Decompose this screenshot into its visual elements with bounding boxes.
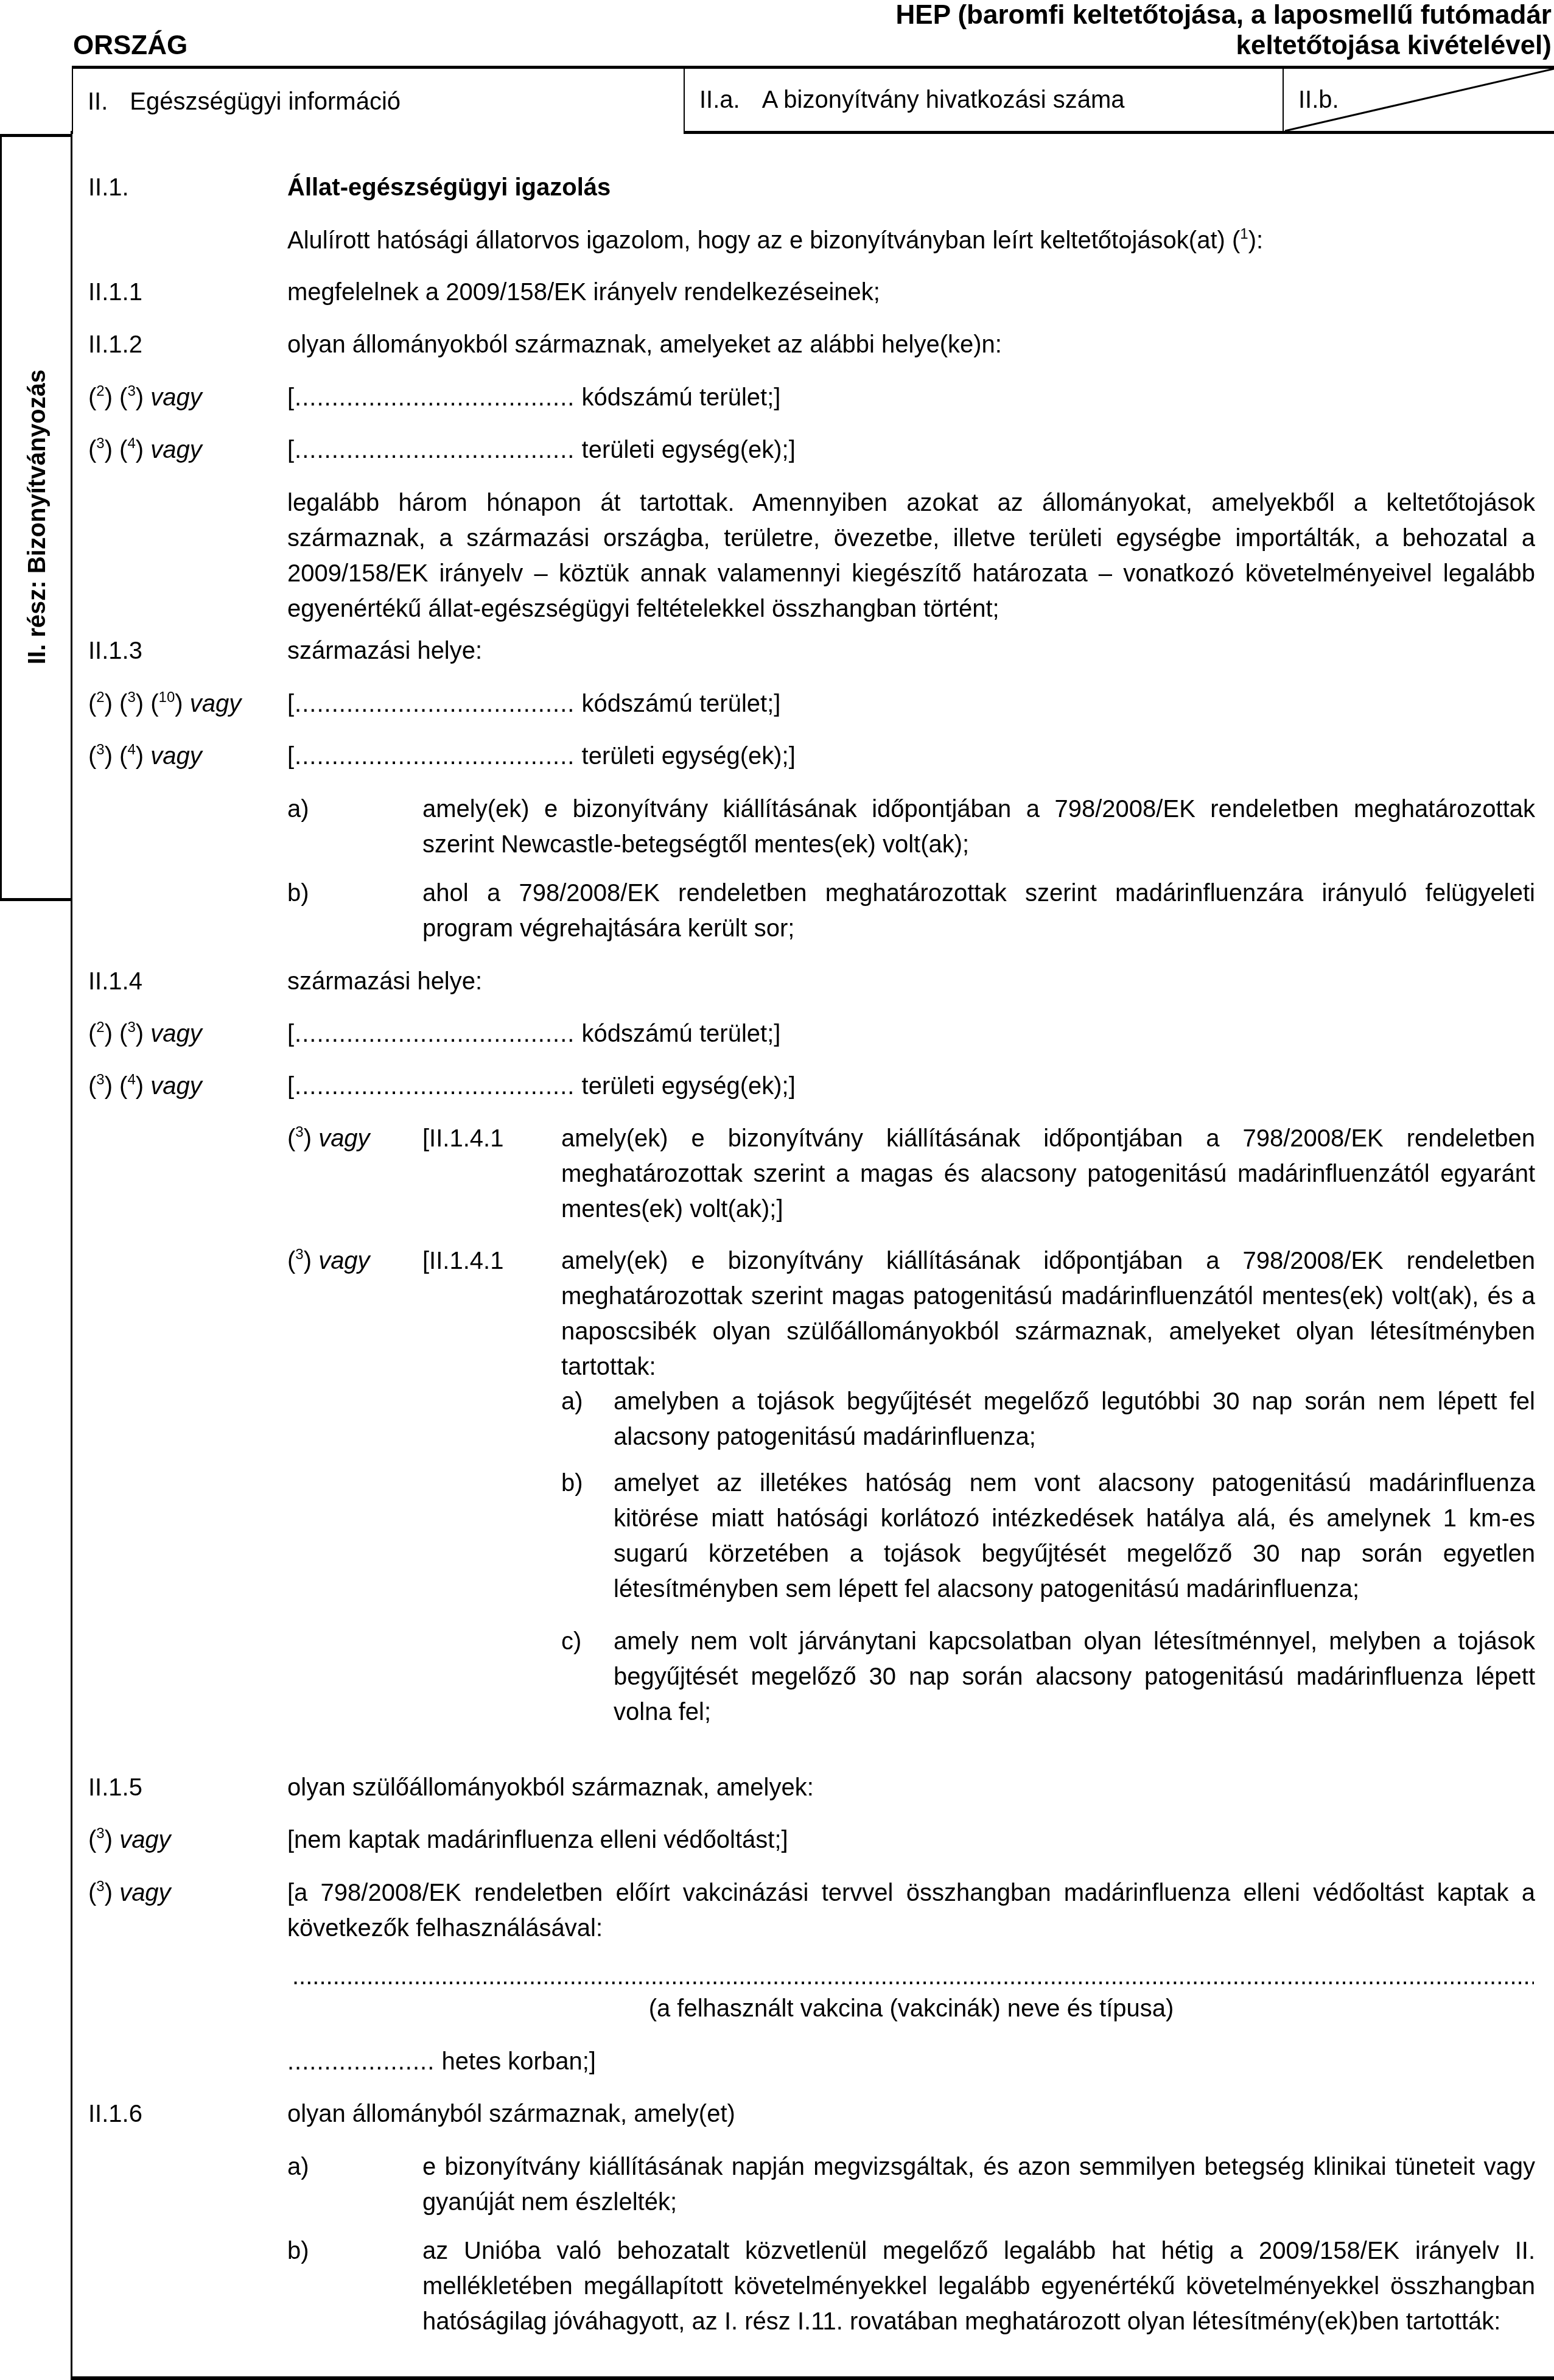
- clause-number: II.1.2: [88, 327, 142, 362]
- clause-reference: [II.1.4.1: [422, 1121, 503, 1156]
- clause-text: olyan állományokból származnak, amelyeke…: [287, 327, 1002, 362]
- clause-text: olyan szülőállományokból származnak, ame…: [287, 1770, 814, 1805]
- clause-followup-text: legalább három hónapon át tartottak. Ame…: [287, 485, 1535, 627]
- option-marker: (3) vagy: [88, 1822, 171, 1858]
- side-label-box: II. rész: Bizonyítványozás: [0, 134, 72, 901]
- clause-number: II.1.1: [88, 275, 142, 310]
- fill-in-field-vaccine-name[interactable]: ........................................…: [292, 1959, 1534, 1994]
- fill-in-field-age-weeks[interactable]: .................... hetes korban;]: [287, 2044, 596, 2079]
- option-marker: (2) (3) vagy: [88, 380, 202, 415]
- clause-text: származási helye:: [287, 633, 482, 669]
- intro-statement: Alulírott hatósági állatorvos igazolom, …: [287, 223, 1263, 258]
- section-number: II.1.: [88, 170, 129, 205]
- certificate-title: HEP (baromfi keltetőtojása, a laposmellű…: [821, 0, 1552, 61]
- fill-in-field-code-area[interactable]: [...................................... …: [287, 686, 780, 721]
- option-marker: (2) (3) vagy: [88, 1016, 202, 1051]
- item-letter: b): [287, 2233, 309, 2269]
- clause-text: származási helye:: [287, 964, 482, 999]
- item-text: amely nem volt járványtani kapcsolatban …: [614, 1624, 1535, 1730]
- clause-number: II.1.3: [88, 633, 142, 669]
- header-cell-health-info: II. Egészségügyi információ: [72, 69, 684, 134]
- item-text: ahol a 798/2008/EK rendeletben meghatáro…: [422, 876, 1535, 946]
- item-letter: b): [287, 876, 309, 911]
- item-letter: a): [287, 792, 309, 827]
- fill-in-field-code-area[interactable]: [...................................... …: [287, 380, 780, 415]
- fill-in-field-territorial-unit[interactable]: [...................................... …: [287, 432, 796, 468]
- item-text: amelyet az illetékes hatóság nem vont al…: [614, 1466, 1535, 1607]
- item-text: amely(ek) e bizonyítvány kiállításának i…: [422, 792, 1535, 862]
- option-marker: (3) (4) vagy: [88, 1069, 202, 1104]
- header-cell-number: II.a.: [699, 82, 740, 118]
- clause-number: II.1.6: [88, 2096, 142, 2132]
- header-cell-reference-number[interactable]: II.a. A bizonyítvány hivatkozási száma: [684, 69, 1283, 134]
- option-text: [nem kaptak madárinfluenza elleni védőol…: [287, 1822, 788, 1858]
- item-text: amelyben a tojások begyűjtését megelőző …: [614, 1384, 1535, 1455]
- header-cell-label: Egészségügyi információ: [130, 84, 401, 119]
- option-marker: (3) vagy: [287, 1121, 370, 1156]
- item-text: az Unióba való behozatalt közvetlenül me…: [422, 2233, 1535, 2339]
- clause-number: II.1.4: [88, 964, 142, 999]
- header-cell-label: A bizonyítvány hivatkozási száma: [762, 82, 1125, 118]
- section-title: Állat-egészségügyi igazolás: [287, 170, 611, 205]
- clause-reference: [II.1.4.1: [422, 1243, 503, 1279]
- option-marker: (3) (4) vagy: [88, 739, 202, 774]
- option-text: [a 798/2008/EK rendeletben előírt vakcin…: [287, 1875, 1535, 1946]
- fill-in-field-territorial-unit[interactable]: [...................................... …: [287, 1069, 796, 1104]
- header-table: II. Egészségügyi információ II.a. A bizo…: [72, 66, 1554, 134]
- item-letter: c): [561, 1624, 581, 1659]
- option-marker: (3) vagy: [287, 1243, 370, 1279]
- strike-diagonal-icon: [1284, 69, 1554, 131]
- clause-text: olyan állományból származnak, amely(et): [287, 2096, 735, 2132]
- field-caption: (a felhasznált vakcina (vakcinák) neve é…: [287, 1991, 1535, 2026]
- option-marker: (3) vagy: [88, 1875, 171, 1911]
- item-letter: a): [561, 1384, 583, 1419]
- fill-in-field-code-area[interactable]: [...................................... …: [287, 1016, 780, 1051]
- header-cell-number: II.: [88, 84, 108, 119]
- clause-text: megfelelnek a 2009/158/EK irányelv rende…: [287, 275, 880, 310]
- side-label: II. rész: Bizonyítványozás: [19, 370, 55, 665]
- alternative-text: amely(ek) e bizonyítvány kiállításának i…: [561, 1243, 1535, 1385]
- divider: [71, 2376, 1554, 2380]
- country-label: ORSZÁG: [73, 30, 187, 61]
- header-cell-iib: II.b.: [1283, 69, 1554, 134]
- option-marker: (2) (3) (10) vagy: [88, 686, 241, 721]
- item-text: e bizonyítvány kiállításának napján megv…: [422, 2149, 1535, 2220]
- clause-number: II.1.5: [88, 1770, 142, 1805]
- fill-in-field-territorial-unit[interactable]: [...................................... …: [287, 739, 796, 774]
- alternative-text: amely(ek) e bizonyítvány kiállításának i…: [561, 1121, 1535, 1227]
- item-letter: b): [561, 1466, 583, 1501]
- option-marker: (3) (4) vagy: [88, 432, 202, 468]
- item-letter: a): [287, 2149, 309, 2185]
- footnote-ref: 1: [1240, 226, 1248, 242]
